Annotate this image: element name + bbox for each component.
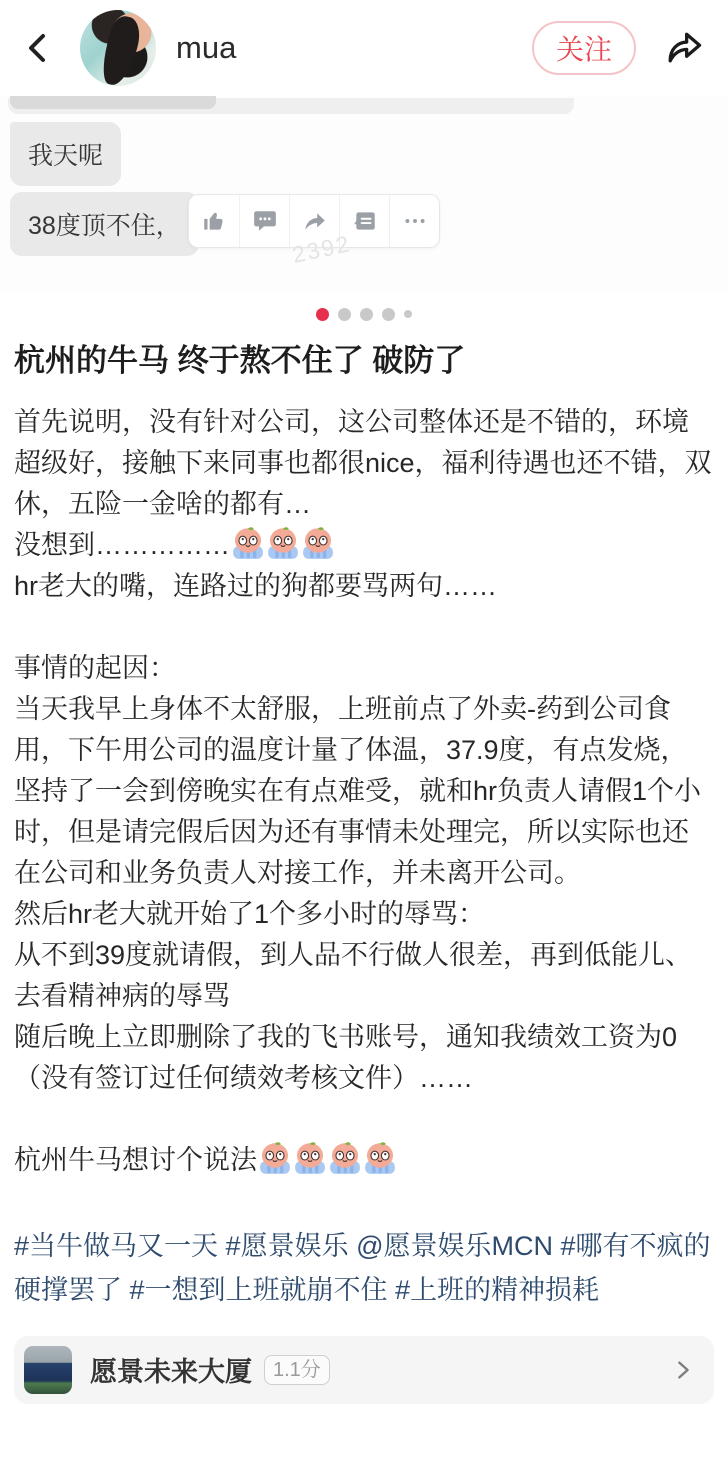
- post-paragraph: 没想到……………: [14, 525, 714, 566]
- more-icon[interactable]: [389, 195, 439, 247]
- chevron-right-icon: [672, 1359, 694, 1381]
- paragraph-text: 随后晚上立即删除了我的飞书账号，通知我绩效工资为0（没有签订过任何绩效考核文件）…: [14, 1022, 677, 1093]
- post-image-carousel[interactable]: 我天呢 38度顶不住，: [0, 96, 728, 292]
- hashtag-link[interactable]: #一想到上班就崩不住: [130, 1275, 388, 1305]
- pagination-dot: [404, 310, 412, 318]
- crying-sticker-emoji: [301, 527, 335, 561]
- crying-sticker-emoji: [266, 527, 300, 561]
- crying-sticker-emoji: [231, 527, 265, 561]
- post-paragraph: 随后晚上立即删除了我的飞书账号，通知我绩效工资为0（没有签订过任何绩效考核文件）…: [14, 1017, 714, 1099]
- crying-sticker-emoji: [258, 1142, 292, 1176]
- top-bar: mua 关注: [0, 0, 728, 96]
- post-title: 杭州的牛马 终于熬不住了 破防了: [14, 340, 714, 382]
- post-paragraph: 事情的起因：: [14, 648, 714, 689]
- location-thumbnail: [24, 1346, 72, 1394]
- crying-sticker-emoji: [293, 1142, 327, 1176]
- cropped-bubble: [10, 96, 216, 109]
- paragraph-spacer: [14, 1099, 714, 1140]
- hashtag-link[interactable]: #愿景娱乐: [226, 1231, 349, 1261]
- post-content: 杭州的牛马 终于熬不住了 破防了 首先说明，没有针对公司，这公司整体还是不错的，…: [0, 340, 728, 1312]
- post-paragraph: 从不到39度就请假，到人品不行做人很差，再到低能儿、去看精神病的辱骂: [14, 935, 714, 1017]
- share-icon[interactable]: [660, 25, 706, 71]
- thumbs-up-icon[interactable]: [189, 195, 239, 247]
- crying-sticker-emoji: [328, 1142, 362, 1176]
- hashtag-link[interactable]: #当牛做马又一天: [14, 1231, 218, 1261]
- post-paragraph: 杭州牛马想讨个说法: [14, 1140, 714, 1181]
- hashtag-row: #当牛做马又一天 #愿景娱乐 @愿景娱乐MCN #哪有不疯的硬撑罢了 #一想到上…: [14, 1224, 714, 1312]
- paragraph-text: 然后hr老大就开始了1个多小时的辱骂：: [14, 899, 485, 929]
- pagination-dot: [316, 308, 329, 321]
- paragraph-text: 事情的起因：: [14, 653, 176, 683]
- post-paragraph: 首先说明，没有针对公司，这公司整体还是不错的，环境超级好，接触下来同事也都很ni…: [14, 402, 714, 525]
- paragraph-text: 杭州牛马想讨个说法: [14, 1145, 257, 1175]
- pagination-dot: [382, 308, 395, 321]
- paragraph-spacer: [14, 1181, 714, 1222]
- follow-button[interactable]: 关注: [532, 21, 636, 75]
- carousel-pagination: [0, 306, 728, 322]
- paragraph-text: 首先说明，没有针对公司，这公司整体还是不错的，环境超级好，接触下来同事也都很ni…: [14, 407, 712, 519]
- paragraph-text: 从不到39度就请假，到人品不行做人很差，再到低能儿、去看精神病的辱骂: [14, 940, 692, 1011]
- chat-bubble: 38度顶不住，: [10, 192, 199, 256]
- paragraph-text: 没想到……………: [14, 530, 230, 560]
- pagination-dot: [338, 308, 351, 321]
- back-icon[interactable]: [22, 31, 56, 65]
- pagination-dot: [360, 308, 373, 321]
- hashtag-link[interactable]: #上班的精神损耗: [395, 1275, 599, 1305]
- post-paragraph: 当天我早上身体不太舒服，上班前点了外卖-药到公司食用，下午用公司的温度计量了体温…: [14, 689, 714, 894]
- post-body: 首先说明，没有针对公司，这公司整体还是不错的，环境超级好，接触下来同事也都很ni…: [14, 402, 714, 1222]
- location-name: 愿景未来大厦: [90, 1350, 252, 1389]
- mention-link[interactable]: @愿景娱乐MCN: [356, 1231, 553, 1261]
- username[interactable]: mua: [176, 30, 532, 66]
- location-card[interactable]: 愿景未来大厦 1.1分: [14, 1336, 714, 1404]
- paragraph-spacer: [14, 607, 714, 648]
- paragraph-text: hr老大的嘴，连路过的狗都要骂两句……: [14, 571, 497, 601]
- comment-icon[interactable]: [239, 195, 289, 247]
- paragraph-text: 当天我早上身体不太舒服，上班前点了外卖-药到公司食用，下午用公司的温度计量了体温…: [14, 694, 701, 888]
- location-rating-badge: 1.1分: [264, 1355, 330, 1385]
- avatar[interactable]: [80, 10, 156, 86]
- crying-sticker-emoji: [363, 1142, 397, 1176]
- chat-bubble: 我天呢: [10, 122, 121, 186]
- post-paragraph: hr老大的嘴，连路过的狗都要骂两句……: [14, 566, 714, 607]
- post-paragraph: 然后hr老大就开始了1个多小时的辱骂：: [14, 894, 714, 935]
